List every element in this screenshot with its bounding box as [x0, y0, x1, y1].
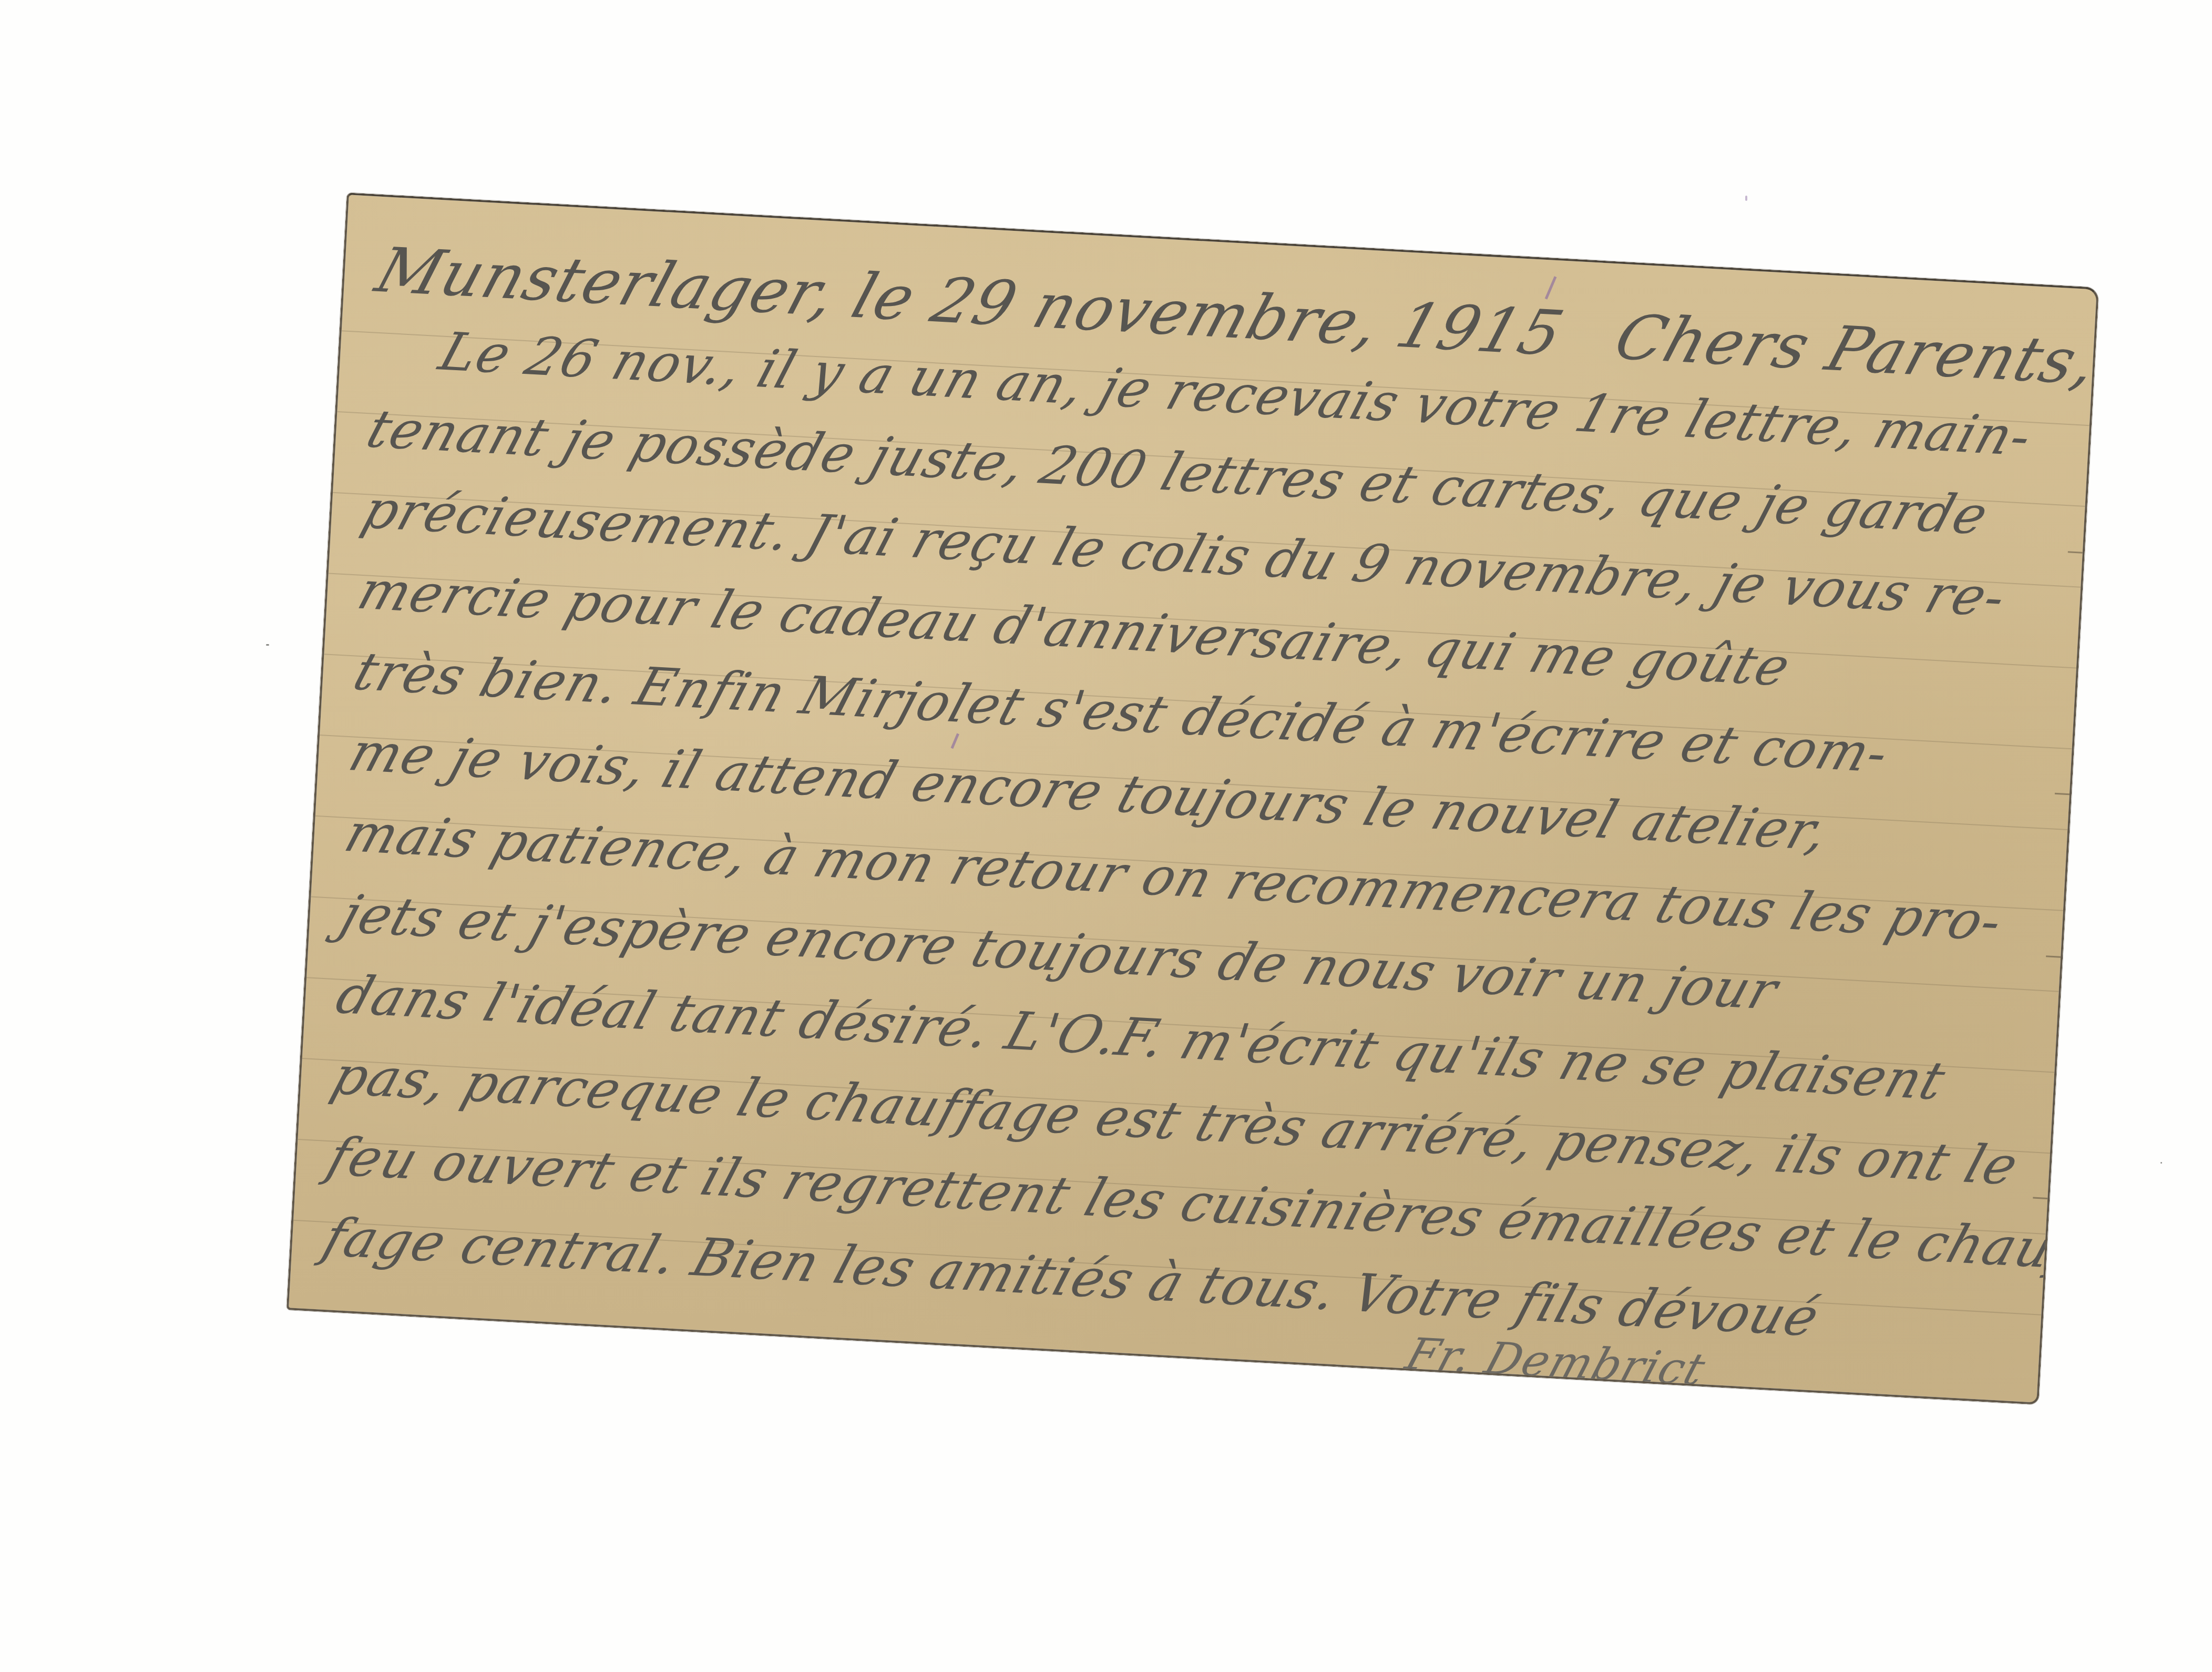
salutation: Chers Parents, — [1609, 306, 2100, 393]
scan-dust-mark — [266, 644, 269, 646]
line-continuation-hyphen — [2033, 1197, 2047, 1200]
line-continuation-hyphen — [2046, 955, 2061, 958]
scan-dust-mark — [1745, 196, 1747, 201]
scan-dust-mark — [2160, 1162, 2162, 1164]
line-continuation-hyphen — [2055, 793, 2070, 796]
letter-body: Munsterlager, le 29 novembre, 1915 Chers… — [311, 233, 2074, 1381]
purple-ink-mark — [1545, 276, 1557, 299]
postcard: Munsterlager, le 29 novembre, 1915 Chers… — [286, 192, 2099, 1404]
line-continuation-hyphen — [2068, 551, 2083, 554]
